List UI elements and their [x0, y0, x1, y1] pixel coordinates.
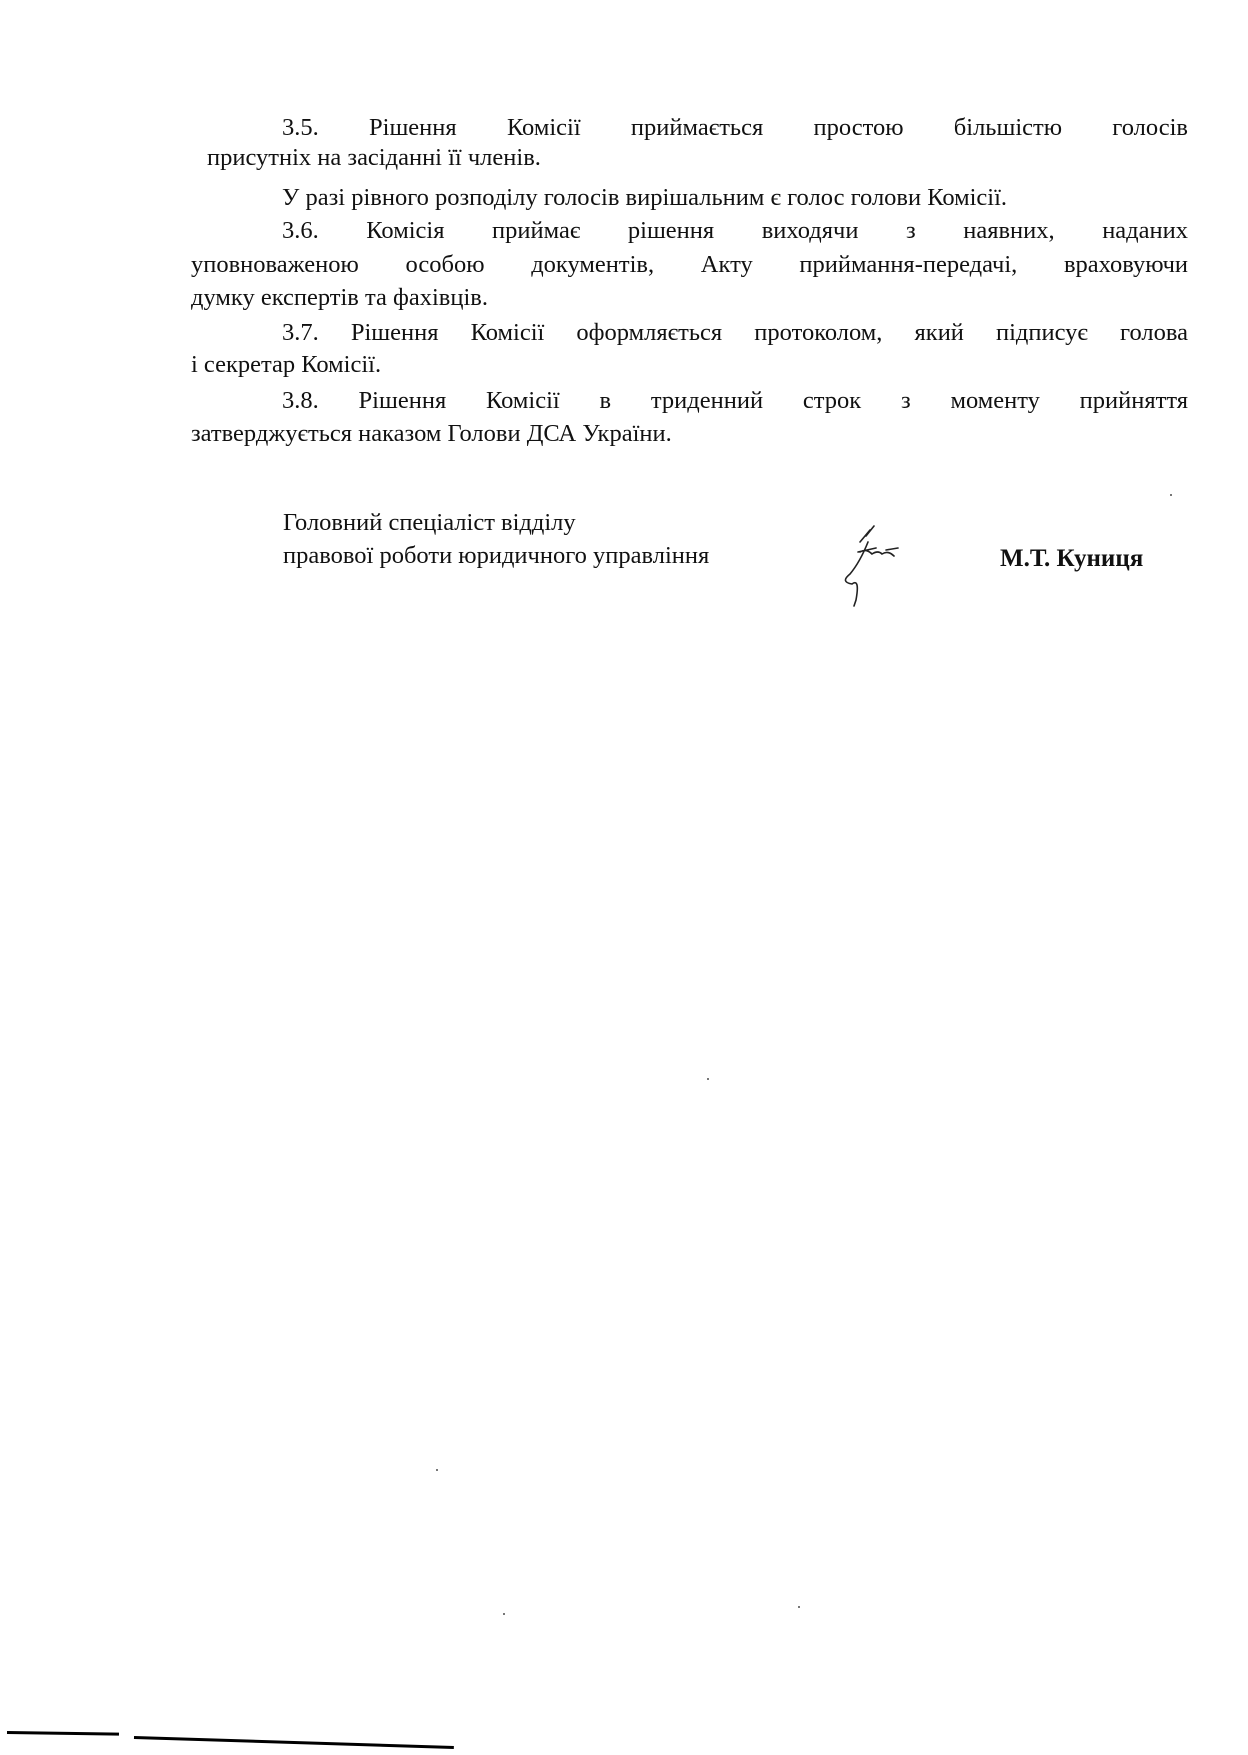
paragraph-3-6-line-2: уповноваженою особою документів, Акту пр… — [191, 250, 1188, 280]
scan-speck — [707, 1078, 709, 1080]
paragraph-3-7-line-1: 3.7. Рішення Комісії оформляється проток… — [282, 318, 1188, 348]
signatory-position-line-2: правової роботи юридичного управління — [283, 541, 709, 571]
paragraph-3-6-line-1: 3.6. Комісія приймає рішення виходячи з … — [282, 216, 1188, 246]
paragraph-3-6-line-3: думку експертів та фахівців. — [191, 283, 488, 313]
signatory-position-line-1: Головний спеціаліст відділу — [283, 508, 576, 538]
paragraph-3-7-line-2: і секретар Комісії. — [191, 350, 381, 380]
paragraph-3-5-line-2: присутніх на засіданні її членів. — [207, 143, 541, 173]
scan-speck — [1170, 494, 1172, 496]
paragraph-3-8-line-2: затверджується наказом Голови ДСА Україн… — [191, 419, 672, 449]
signatory-name: М.Т. Куниця — [1000, 545, 1143, 573]
scan-speck — [503, 1613, 505, 1615]
document-page: 3.5. Рішення Комісії приймається простою… — [0, 0, 1248, 1755]
handwritten-signature — [830, 522, 930, 607]
scan-edge-line-left — [7, 1731, 119, 1736]
scan-edge-line-right — [134, 1736, 454, 1749]
paragraph-3-5-tie-rule: У разі рівного розподілу голосів вирішал… — [282, 183, 1007, 213]
scan-speck — [798, 1606, 800, 1608]
paragraph-3-5-line-1: 3.5. Рішення Комісії приймається простою… — [282, 113, 1188, 143]
scan-speck — [436, 1469, 438, 1471]
paragraph-3-8-line-1: 3.8. Рішення Комісії в триденний строк з… — [282, 386, 1188, 416]
